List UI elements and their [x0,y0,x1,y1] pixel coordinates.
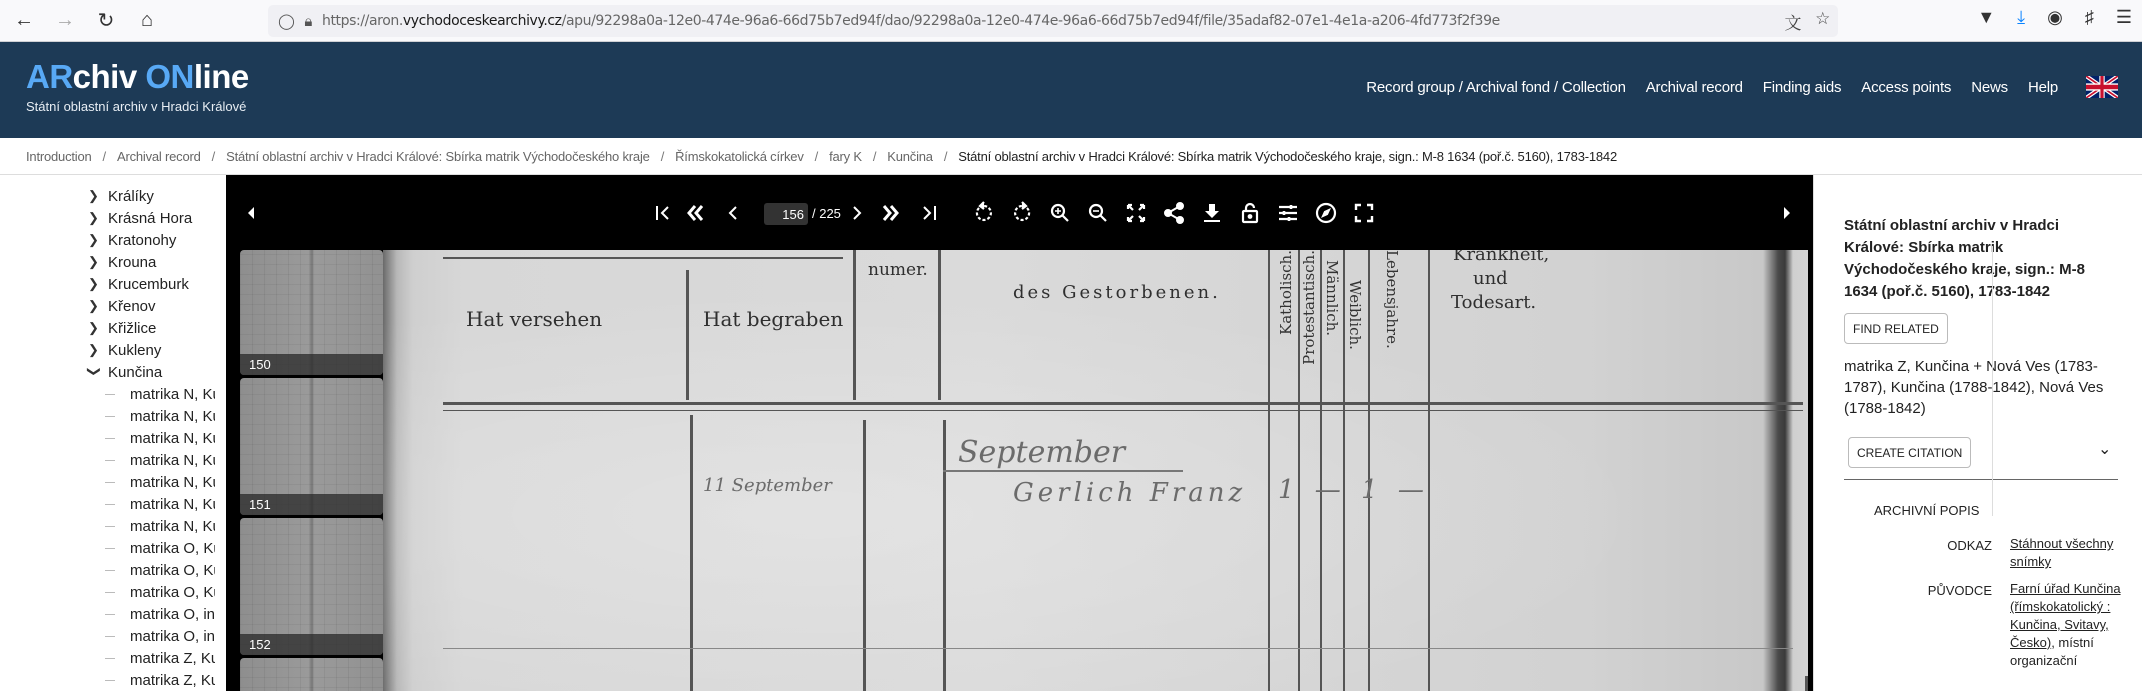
back-icon[interactable]: ← [7,4,41,38]
tree-leaf[interactable]: matrika N, Kunčina [105,427,215,449]
breadcrumb-item[interactable]: Římskokatolická církev [675,149,804,164]
thumbnail-strip[interactable]: 150 151 152 [233,250,383,691]
thumbnail[interactable]: 150 [240,250,383,375]
tree-node[interactable]: ❯Krouna [88,251,156,273]
fast-back-icon[interactable] [682,200,708,226]
account-icon[interactable]: ◉ [2047,7,2063,28]
scan-handwriting-date: 11 September [703,475,832,496]
field-label-odkaz: ODKAZ [1947,538,1992,553]
adjust-sliders-icon[interactable] [1275,200,1301,226]
tree-leaf[interactable]: matrika O, Kunčina [105,537,215,559]
scan-text-krankheit: Krankheit, [1453,250,1549,265]
tree-leaf[interactable]: matrika N, Kunčina [105,449,215,471]
chevron-right-icon[interactable]: ❯ [88,188,108,204]
browser-toolbar: ← → ↻ ⌂ ◯ 🔒︎ https://aron.vychodoceskear… [0,0,2142,42]
chevron-right-icon[interactable]: ❯ [88,276,108,292]
scan-handwriting-name: Gerlich Franz [1013,478,1246,508]
extensions-icon[interactable]: ♯ [2085,7,2094,28]
breadcrumb-item[interactable]: Archival record [117,149,201,164]
breadcrumb-separator: / [212,149,215,164]
url-path: /apu/92298a0a-12e0-474e-96a6-66d75b7ed94… [562,13,1500,29]
home-icon[interactable]: ⌂ [130,4,164,38]
expand-double-chevron-icon[interactable]: ⌄ [2098,439,2111,459]
scan-handwriting-count: 1 — 1 — [1278,475,1430,505]
logo-title: ARchiv ONline [26,60,249,93]
document-scan-image[interactable]: Hat versehen Hat begraben numer. des Ges… [383,250,1808,691]
last-page-icon[interactable] [916,200,942,226]
tree-node[interactable]: ❯Kratonohy [88,229,176,251]
tree-leaf[interactable]: matrika Z, Kunčina [105,647,215,669]
star-icon[interactable]: ☆ [1815,9,1830,34]
forward-icon[interactable]: → [48,4,82,38]
page-number-input[interactable] [764,203,808,225]
tree-node[interactable]: ❯Krucemburk [88,273,189,295]
zoom-in-icon[interactable] [1047,200,1073,226]
tree-sidebar: ❯Králíky ❯Krásná Hora ❯Kratonohy ❯Krouna… [0,175,226,691]
site-header: ARchiv ONline Státní oblastní archiv v H… [0,42,2142,138]
tree-leaf[interactable]: matrika N, Kunčina [105,493,215,515]
record-title: Státní oblastní archiv v Hradci Králové:… [1844,215,2104,303]
first-page-icon[interactable] [650,200,676,226]
field-label-puvodce: PŮVODCE [1928,583,1992,598]
thumbnail[interactable]: 152 [240,518,383,655]
breadcrumb-item[interactable]: fary K [829,149,862,164]
next-page-icon[interactable] [844,200,870,226]
breadcrumb-separator: / [815,149,818,164]
scan-text-weiblich: Weiblich. [1346,280,1364,350]
rotate-right-icon[interactable] [1009,200,1035,226]
nav-news[interactable]: News [1971,79,2008,96]
compass-icon[interactable] [1313,200,1339,226]
field-divider [1992,246,1993,516]
tree-node-expanded[interactable]: ❯Kunčina [88,361,162,383]
unlock-icon[interactable] [1237,200,1263,226]
tree-node[interactable]: ❯Křižlice [88,317,156,339]
pocket-icon[interactable]: ▼ [1977,7,1995,28]
logo-subtitle: Státní oblastní archiv v Hradci Králové [26,99,249,114]
menu-icon[interactable]: ☰ [2116,7,2132,28]
download-icon[interactable] [1199,200,1225,226]
breadcrumb-item[interactable]: Introduction [26,149,92,164]
tree-node[interactable]: ❯Králíky [88,185,154,207]
translate-icon[interactable]: 文 [1785,9,1802,34]
lock-icon[interactable]: 🔒︎ [304,12,312,30]
tree-leaf[interactable]: matrika N, Kunčina [105,515,215,537]
scan-text-protestantisch: Protestantisch. [1300,250,1318,365]
nav-finding-aids[interactable]: Finding aids [1763,79,1841,96]
chevron-right-icon[interactable]: ❯ [88,210,108,226]
divider [1844,479,2118,480]
nav-help[interactable]: Help [2028,79,2058,96]
scan-handwriting-september: September [958,435,1125,470]
rotate-left-icon[interactable] [971,200,997,226]
scan-text-und: und [1473,268,1508,289]
field-value-odkaz: Stáhnout všechny snímky [2010,535,2122,571]
scan-text-lebensjahre: Lebensjahre. [1383,250,1401,349]
viewer-resize-handle[interactable] [1805,676,1808,691]
page-total: / 225 [812,206,841,221]
chevron-right-icon[interactable]: ❯ [88,342,108,358]
breadcrumb: Introduction/ Archival record/ Státní ob… [0,138,2142,175]
zoom-out-icon[interactable] [1085,200,1111,226]
scan-text-katholisch: Katholisch. [1277,250,1295,335]
section-heading: ARCHIVNÍ POPIS [1874,503,1979,518]
fast-forward-icon[interactable] [878,200,904,226]
url-prefix: https://aron. [322,13,403,29]
breadcrumb-separator: / [873,149,876,164]
breadcrumb-separator: / [944,149,947,164]
image-viewer: / 225 150 151 152 [226,175,1813,691]
nav-record-group[interactable]: Record group / Archival fond / Collectio… [1366,79,1625,96]
nav-access-points[interactable]: Access points [1861,79,1951,96]
chevron-right-icon[interactable]: ❯ [88,320,108,336]
find-related-button[interactable]: FIND RELATED [1844,313,1948,344]
toggle-left-panel-icon[interactable] [238,200,264,226]
url-domain: vychodoceskearchivy.cz [403,13,562,29]
scan-text-numer: numer. [868,260,928,280]
create-citation-button[interactable]: CREATE CITATION [1848,437,1971,468]
scan-text-maennlich: Männlich. [1323,260,1341,336]
tree-leaf[interactable]: matrika O, Kunčina [105,559,215,581]
fullscreen-icon[interactable] [1351,200,1377,226]
tree-node[interactable]: ❯Křenov [88,295,156,317]
chevron-right-icon[interactable]: ❯ [88,232,108,248]
share-icon[interactable] [1161,200,1187,226]
breadcrumb-separator: / [103,149,106,164]
uk-flag-icon[interactable] [2086,76,2118,98]
tree-leaf[interactable]: matrika O, Kunčina [105,581,215,603]
tree-node[interactable]: ❯Krásná Hora [88,207,192,229]
tree-node[interactable]: ❯Kukleny [88,339,161,361]
tree-leaf[interactable]: matrika O, index [105,625,215,647]
thumbnail[interactable] [240,658,383,691]
tree-leaf[interactable]: matrika O, index [105,603,215,625]
tree-leaf[interactable]: matrika N, Kunčina [105,383,215,405]
main-nav: Record group / Archival fond / Collectio… [1346,76,2118,98]
breadcrumb-separator: / [661,149,664,164]
record-description: matrika Z, Kunčina + Nová Ves (1783-1787… [1844,356,2114,419]
scan-text-hat-versehen: Hat versehen [466,307,602,331]
chevron-right-icon[interactable]: ❯ [88,254,108,270]
url-bar[interactable]: ◯ 🔒︎ https://aron.vychodoceskearchivy.cz… [268,5,1838,37]
nav-archival-record[interactable]: Archival record [1646,79,1743,96]
thumbnail[interactable]: 151 [240,378,383,515]
scan-text-todesart: Todesart. [1451,292,1536,313]
scan-text-des-gestorbenen: des Gestorbenen. [1013,282,1221,303]
toggle-right-panel-icon[interactable] [1774,200,1800,226]
fit-to-screen-icon[interactable] [1123,200,1149,226]
shield-icon[interactable]: ◯ [278,12,294,30]
tree-leaf[interactable]: matrika Z, Kunčina [105,669,215,691]
download-icon[interactable]: ⤓ [2017,7,2025,28]
tree-leaf[interactable]: matrika N, Kunčina [105,471,215,493]
viewer-toolbar: / 225 [226,175,1813,250]
previous-page-icon[interactable] [720,200,746,226]
chevron-right-icon[interactable]: ❯ [88,298,108,314]
tree-leaf[interactable]: matrika N, Kunčina [105,405,215,427]
breadcrumb-item[interactable]: Státní oblastní archiv v Hradci Králové:… [226,149,650,164]
download-all-link[interactable]: Stáhnout všechny snímky [2010,536,2113,569]
breadcrumb-current: Státní oblastní archiv v Hradci Králové:… [958,149,1617,164]
chevron-down-icon[interactable]: ❯ [86,366,102,378]
breadcrumb-item[interactable]: Kunčina [887,149,933,164]
reload-icon[interactable]: ↻ [89,4,123,38]
field-value-puvodce: Farní úřad Kunčina (římskokatolický : Ku… [2010,580,2122,670]
scan-text-hat-begraben: Hat begraben [703,307,843,331]
site-logo[interactable]: ARchiv ONline Státní oblastní archiv v H… [26,60,249,114]
